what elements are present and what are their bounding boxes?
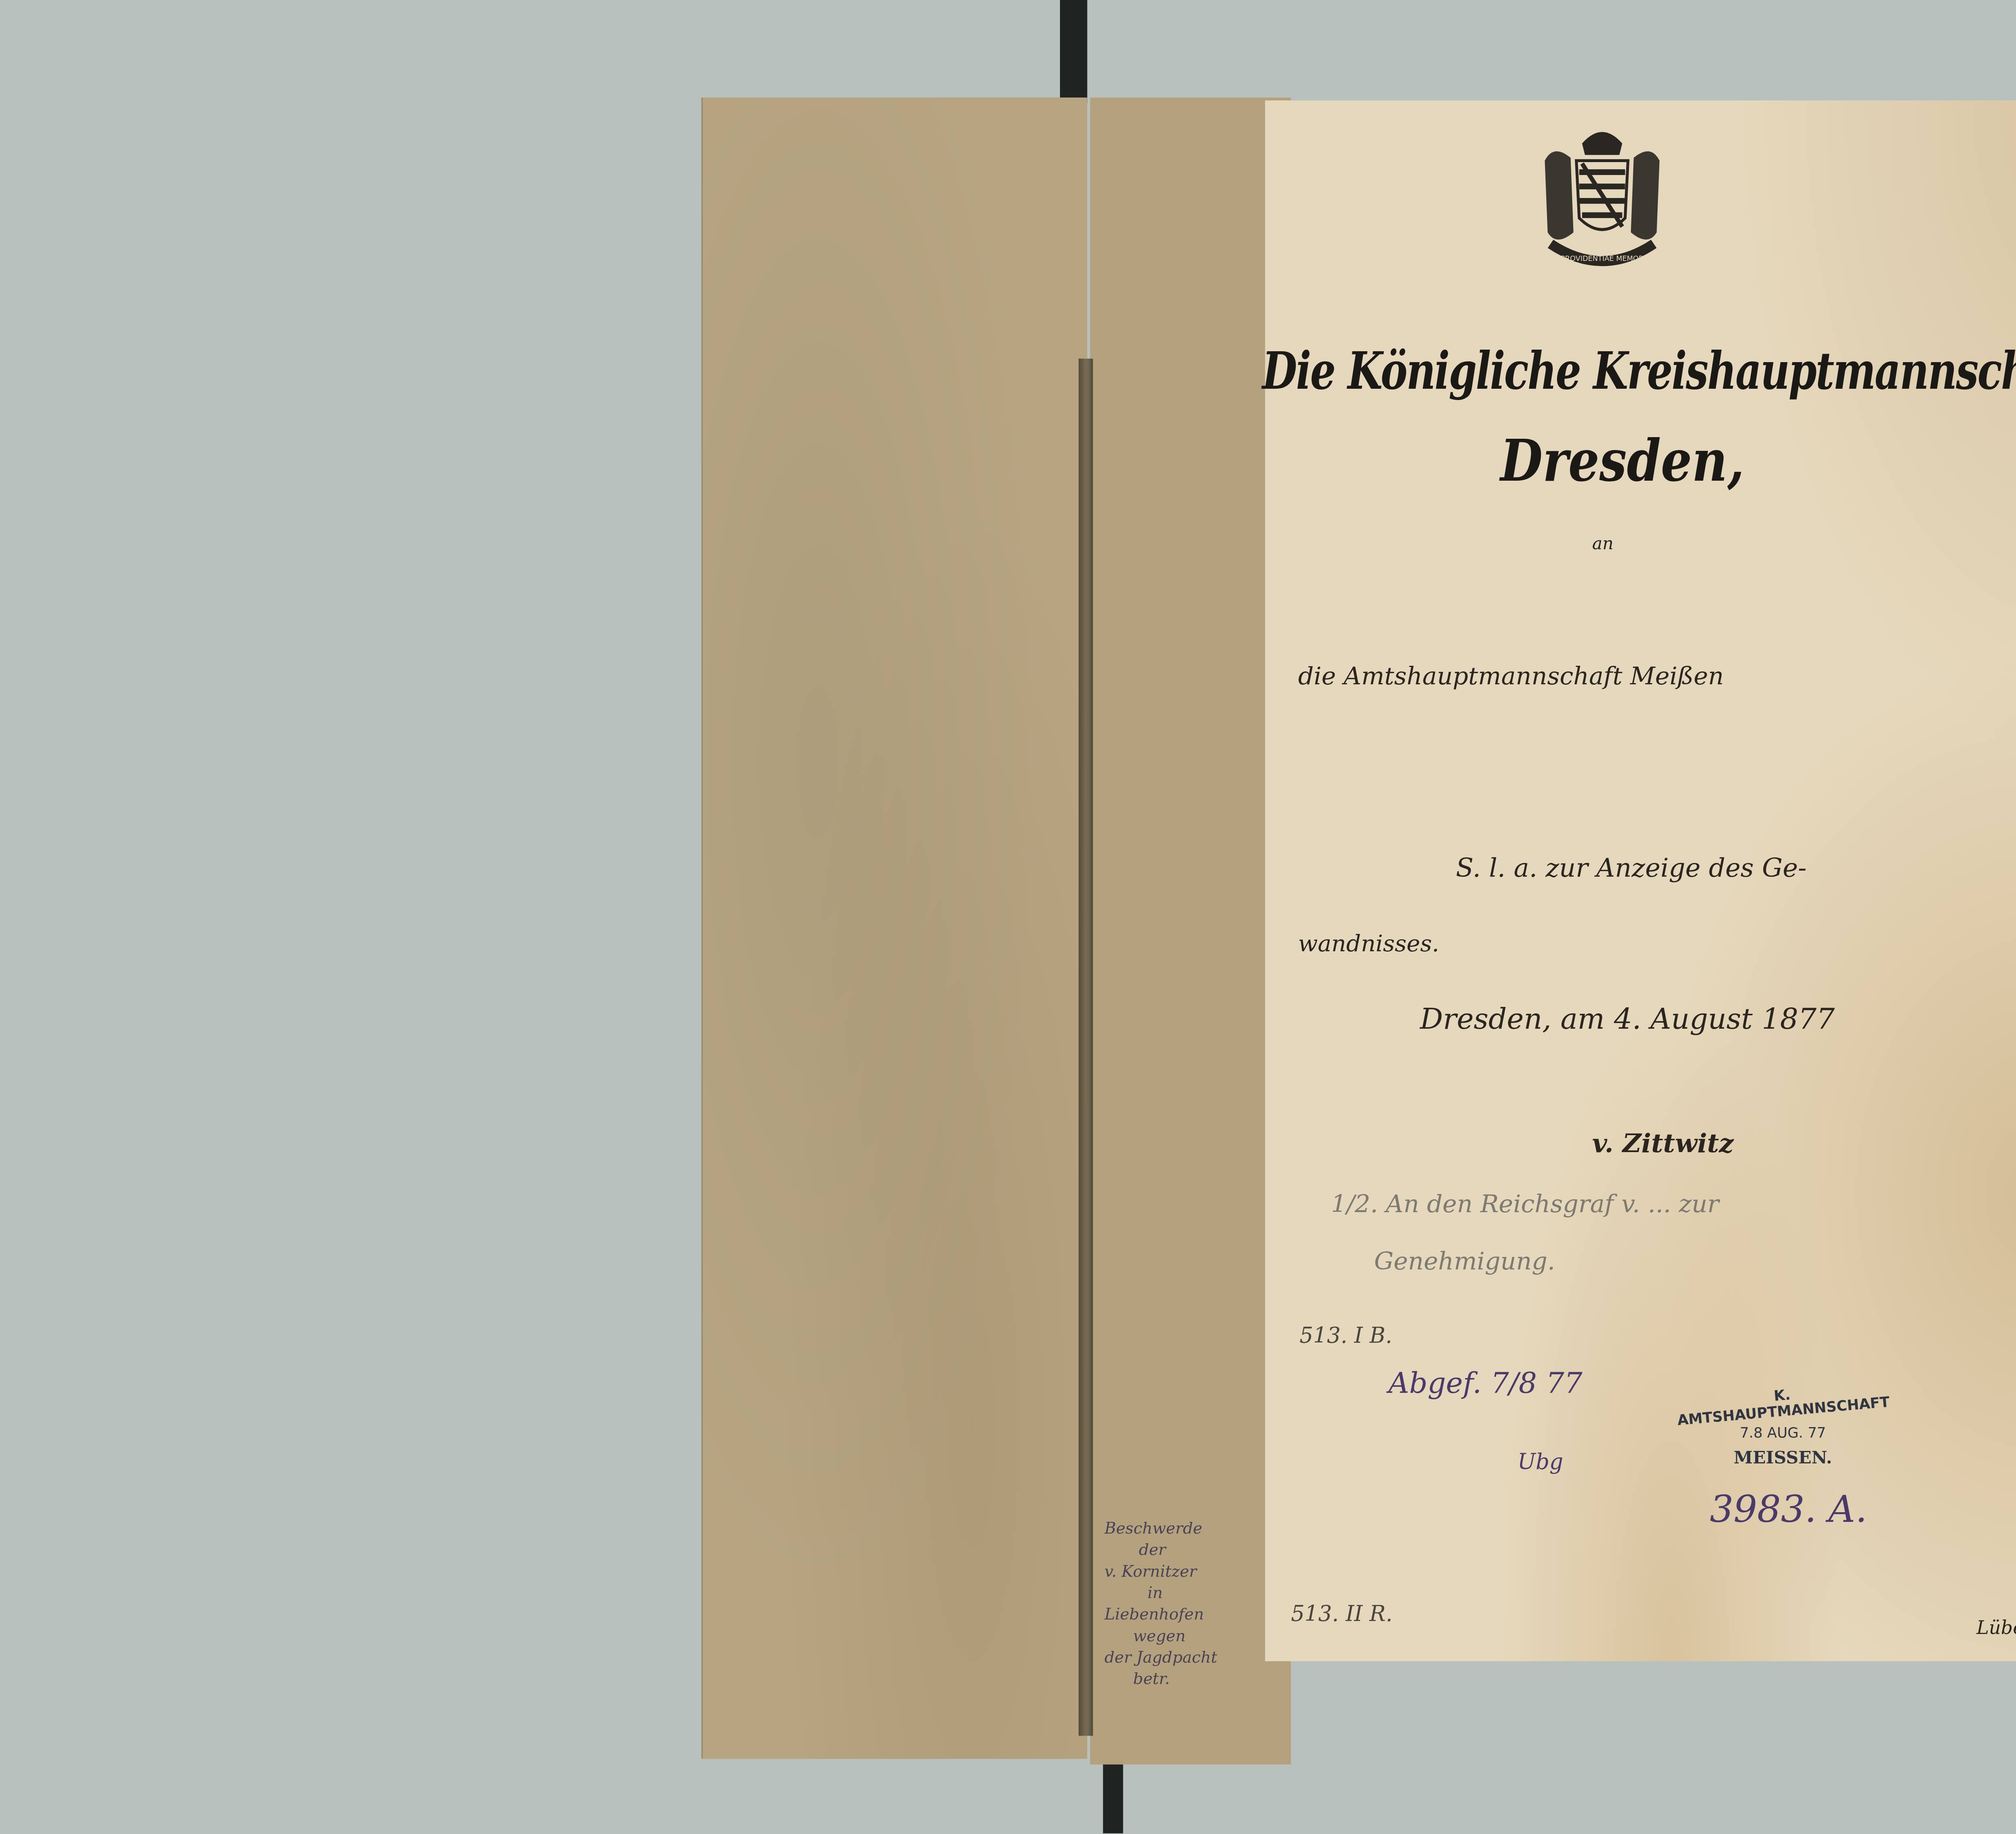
cover-note-line: betr. <box>1104 1668 1284 1690</box>
folder-cover-strip: Beschwerde der v. Kornitzer in Liebenhof… <box>1090 98 1291 1765</box>
scan-stage: Beschwerde der v. Kornitzer in Liebenhof… <box>0 0 2016 1833</box>
cover-note-line: der Jagdpacht <box>1104 1647 1284 1668</box>
registry-number: 3983. A. <box>1710 1489 1867 1532</box>
cover-note-line: wegen <box>1104 1626 1284 1647</box>
cover-note-line: v. Kornitzer <box>1104 1561 1284 1582</box>
addressee-line: die Amtshauptmannschaft Meißen <box>1298 663 1724 692</box>
binding-bar-top <box>1060 0 1087 103</box>
binding-thread <box>1079 358 1093 1736</box>
letterhead-preposition: an <box>1592 534 1614 554</box>
dispatch-initials: Ubg <box>1518 1449 1563 1475</box>
svg-text:PROVIDENTIAE MEMOR: PROVIDENTIAE MEMOR <box>1561 254 1644 263</box>
reference-number-top: 513. I B. <box>1300 1323 1392 1348</box>
corner-signature: Lüben <box>1976 1618 2016 1640</box>
letterhead-title-line1: Die Königliche Kreishauptmannschaft <box>1262 342 2016 402</box>
receipt-stamp: K. AMTSHAUPTMANNSCHAFT 7.8 AUG. 77 MEISS… <box>1675 1389 1891 1468</box>
pencil-note-line-1: 1/2. An den Reichsgraf v. ... zur <box>1331 1191 1719 1219</box>
folder-cover-left <box>703 98 1087 1759</box>
dispatch-note: Abgef. 7/8 77 <box>1389 1366 1583 1400</box>
date-line: Dresden, am 4. August 1877 <box>1420 1001 1835 1036</box>
pencil-note-line-2: Genehmigung. <box>1374 1248 1555 1277</box>
cover-note-line: der <box>1104 1539 1284 1561</box>
cover-note-line: Beschwerde <box>1104 1518 1284 1539</box>
stamp-date: 7.8 AUG. 77 <box>1675 1426 1891 1442</box>
subject-line-1: S. l. a. zur Anzeige des Ge- <box>1456 854 1807 884</box>
stamp-city: MEISSEN. <box>1675 1447 1891 1467</box>
letterhead-title-line2: Dresden, <box>1500 427 1744 495</box>
cover-strip-note: Beschwerde der v. Kornitzer in Liebenhof… <box>1104 1518 1284 1690</box>
reference-number-bottom: 513. II R. <box>1291 1601 1393 1627</box>
cover-note-line: in <box>1104 1582 1284 1604</box>
cover-note-line: Liebenhofen <box>1104 1604 1284 1625</box>
subject-line-2: wandnisses. <box>1298 930 1439 957</box>
official-signature: v. Zittwitz <box>1592 1129 1734 1159</box>
saxony-coat-of-arms-icon: PROVIDENTIAE MEMOR <box>1525 118 1680 275</box>
